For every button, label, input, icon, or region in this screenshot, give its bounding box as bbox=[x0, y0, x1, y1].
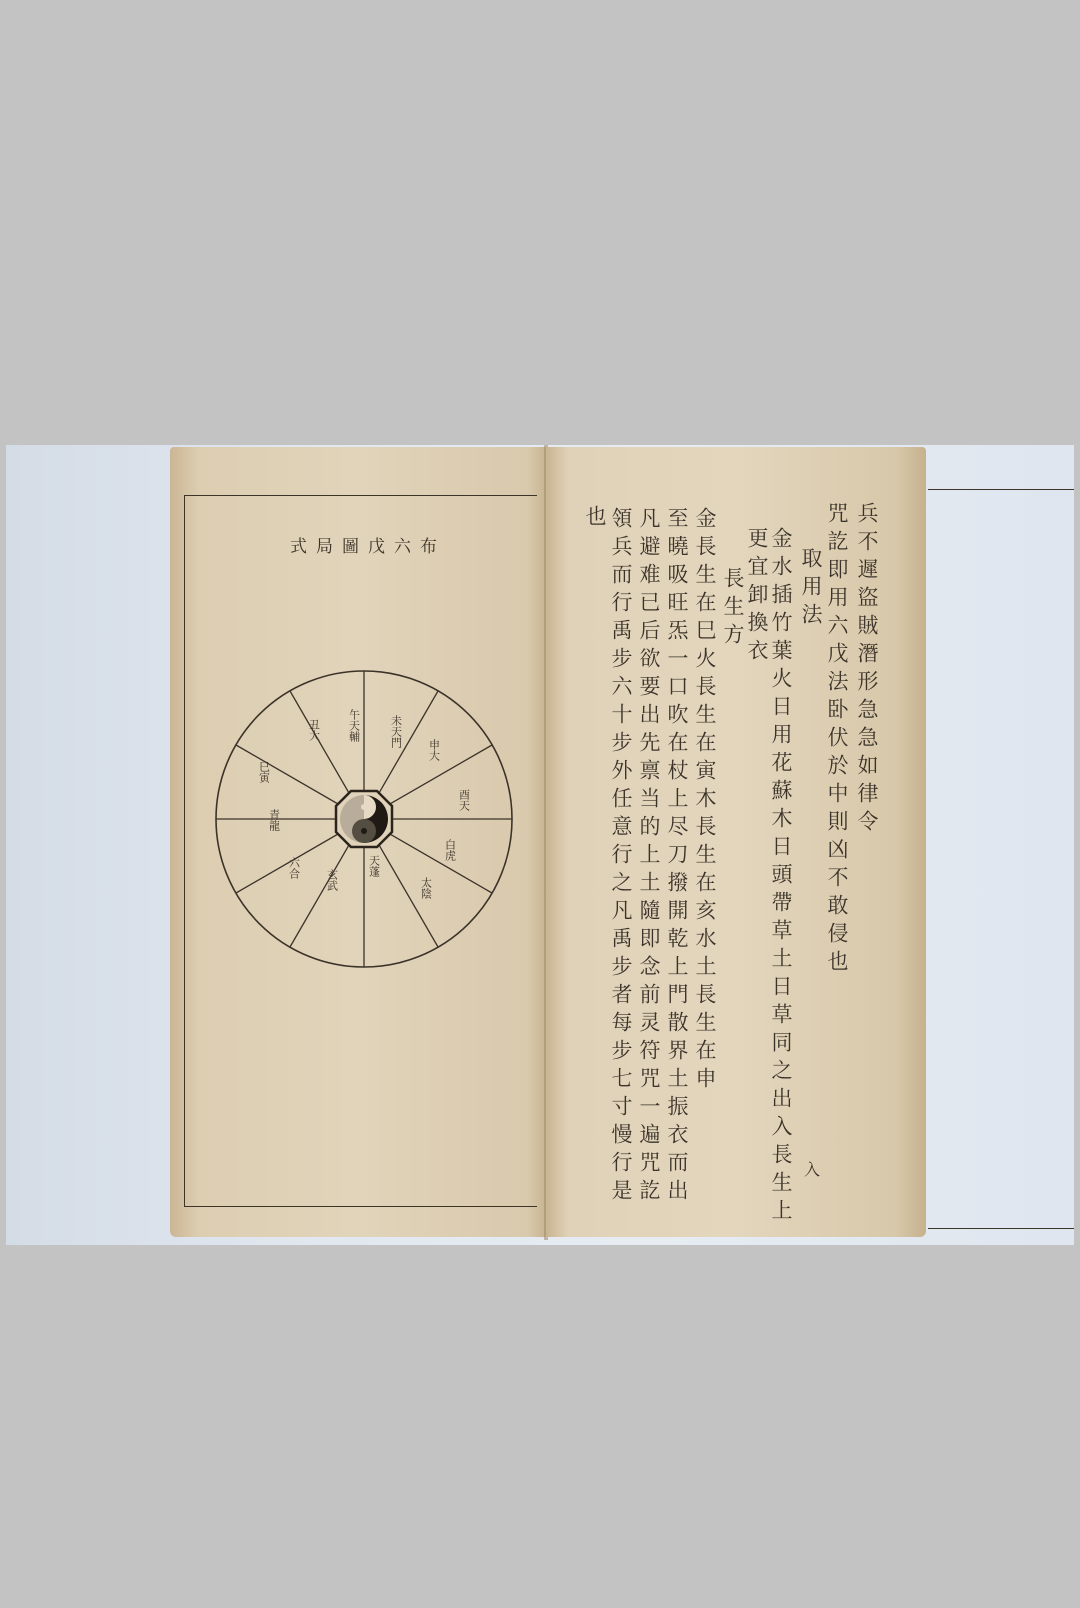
svg-text:青龍: 青龍 bbox=[268, 808, 281, 831]
text-column-8: 至曉吸旺炁一口吹在杖上尽刀撥開乾上門散界土振衣而出 bbox=[664, 507, 690, 1207]
text-column-2: 咒訖即用六戊法卧伏於中則凶不敢侵也 bbox=[824, 502, 850, 978]
text-column-4: 金水插竹葉火日用花蘇木日頭帶草土日草同之出入長生上 bbox=[768, 527, 794, 1227]
text-column-3: 取用法 bbox=[798, 547, 824, 631]
open-book: 布六戊圖局式 bbox=[170, 445, 930, 1245]
svg-text:未天門: 未天門 bbox=[390, 714, 403, 748]
svg-text:太陰: 太陰 bbox=[420, 876, 433, 900]
margin-annotation: 入 bbox=[804, 1157, 820, 1180]
text-column-9: 凡避难已后欲要出先禀当的上土隨即念前灵符咒一遍咒訖 bbox=[636, 507, 662, 1207]
svg-text:午天輔: 午天輔 bbox=[348, 708, 361, 742]
diagram-title: 布六戊圖局式 bbox=[290, 532, 446, 557]
svg-text:玄武: 玄武 bbox=[326, 868, 339, 892]
text-column-5: 更宜卸換衣 bbox=[744, 527, 770, 667]
text-column-7: 金長生在巳火長生在寅木長生在亥水土長生在申 bbox=[692, 507, 718, 1095]
svg-text:丑大: 丑大 bbox=[308, 719, 321, 742]
svg-text:申大: 申大 bbox=[428, 738, 441, 762]
left-page: 布六戊圖局式 bbox=[170, 447, 546, 1237]
svg-text:酉天: 酉天 bbox=[458, 789, 471, 812]
text-column-6: 長生方 bbox=[720, 567, 746, 651]
book-photograph: 布六戊圖局式 bbox=[6, 445, 1074, 1245]
right-page: 兵不遲盜賊潛形急急如律令 咒訖即用六戊法卧伏於中則凶不敢侵也 取用法 金水插竹葉… bbox=[546, 447, 926, 1237]
svg-text:巳寅: 巳寅 bbox=[258, 761, 271, 784]
text-column-10: 領兵而行禹步六十步外任意行之凡禹步者每步七寸慢行是 bbox=[608, 507, 634, 1207]
svg-text:天蓬: 天蓬 bbox=[368, 855, 381, 877]
right-page-border bbox=[928, 489, 1074, 1229]
svg-text:白虎: 白虎 bbox=[444, 839, 457, 862]
text-column-11: 也 bbox=[582, 505, 608, 533]
text-column-1: 兵不遲盜賊潛形急急如律令 bbox=[854, 502, 880, 838]
svg-text:六合: 六合 bbox=[288, 857, 301, 879]
liu-wu-wheel-diagram: 午天輔 未天門 申大 酉天 白虎 太陰 天蓬 玄武 六合 青龍 巳寅 丑大 bbox=[214, 669, 514, 969]
